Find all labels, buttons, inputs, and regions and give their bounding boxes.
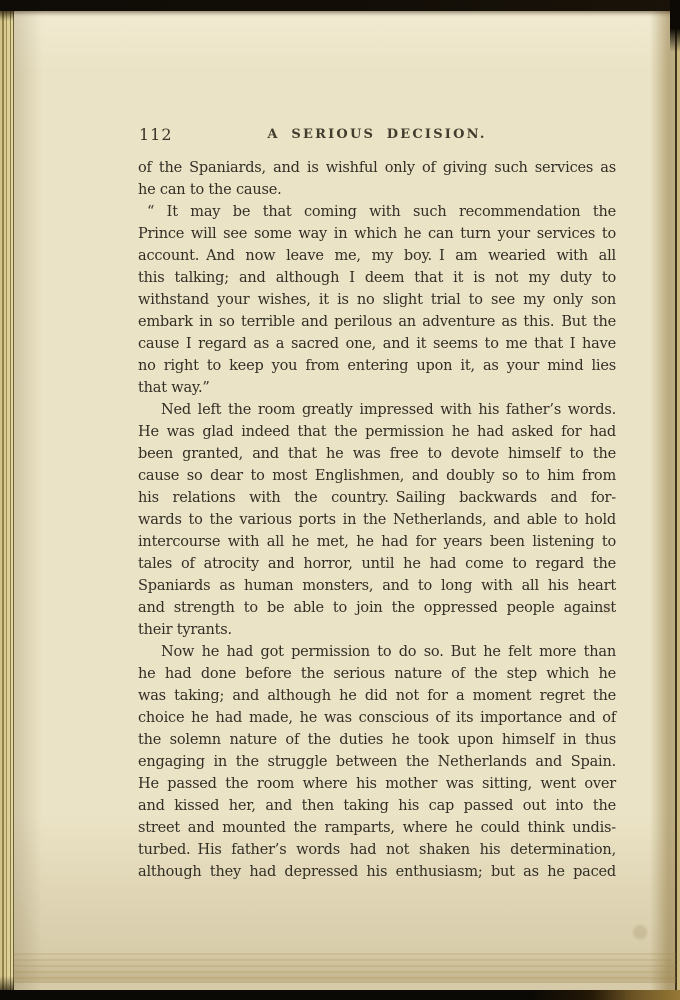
left-page-edges: [0, 7, 14, 992]
text-line: Spaniards as human monsters, and to long…: [138, 575, 616, 597]
text-line: Now he had got permission to do so. But …: [138, 641, 616, 663]
scan-border-top-right: [670, 0, 680, 52]
text-line: wards to the various ports in the Nether…: [138, 509, 616, 531]
text-line: although they had depressed his enthusia…: [138, 861, 616, 883]
text-block: of the Spaniards, and is wishful only of…: [138, 157, 616, 883]
text-line: their tyrants.: [138, 619, 616, 641]
page-header: 112 A SERIOUS DECISION.: [138, 125, 616, 145]
text-line: he had done before the serious nature of…: [138, 663, 616, 685]
book-scan: 112 A SERIOUS DECISION. of the Spaniards…: [0, 0, 680, 1000]
text-line: “ It may be that coming with such recomm…: [138, 201, 616, 223]
text-line: the solemn nature of the duties he took …: [138, 729, 616, 751]
text-line: and strength to be able to join the oppr…: [138, 597, 616, 619]
text-line: intercourse with all he met, he had for …: [138, 531, 616, 553]
text-line: engaging in the struggle between the Net…: [138, 751, 616, 773]
text-line: He passed the room where his mother was …: [138, 773, 616, 795]
text-line: no right to keep you from entering upon …: [138, 355, 616, 377]
text-line: this talking; and although I deem that i…: [138, 267, 616, 289]
text-line: embark in so terrible and perilous an ad…: [138, 311, 616, 333]
text-line: and kissed her, and then taking his cap …: [138, 795, 616, 817]
text-line: he can to the cause.: [138, 179, 616, 201]
text-line: account. And now leave me, my boy. I am …: [138, 245, 616, 267]
text-line: his relations with the country. Sailing …: [138, 487, 616, 509]
text-line: been granted, and that he was free to de…: [138, 443, 616, 465]
scan-border-top: [0, 0, 680, 11]
text-line: Prince will see some way in which he can…: [138, 223, 616, 245]
text-line: He was glad indeed that the permission h…: [138, 421, 616, 443]
text-line: turbed. His father’s words had not shake…: [138, 839, 616, 861]
running-header: A SERIOUS DECISION.: [138, 127, 616, 142]
scan-border-bottom: [0, 990, 680, 1000]
text-line: was taking; and although he did not for …: [138, 685, 616, 707]
text-line: cause so dear to most Englishmen, and do…: [138, 465, 616, 487]
book-page: 112 A SERIOUS DECISION. of the Spaniards…: [14, 11, 680, 991]
text-line: withstand your wishes, it is no slight t…: [138, 289, 616, 311]
text-line: of the Spaniards, and is wishful only of…: [138, 157, 616, 179]
text-line: Ned left the room greatly impressed with…: [138, 399, 616, 421]
text-line: cause I regard as a sacred one, and it s…: [138, 333, 616, 355]
text-line: that way.”: [138, 377, 616, 399]
bottom-page-edges: [14, 953, 676, 983]
text-line: street and mounted the ramparts, where h…: [138, 817, 616, 839]
text-line: tales of atrocity and horror, until he h…: [138, 553, 616, 575]
text-line: choice he had made, he was conscious of …: [138, 707, 616, 729]
